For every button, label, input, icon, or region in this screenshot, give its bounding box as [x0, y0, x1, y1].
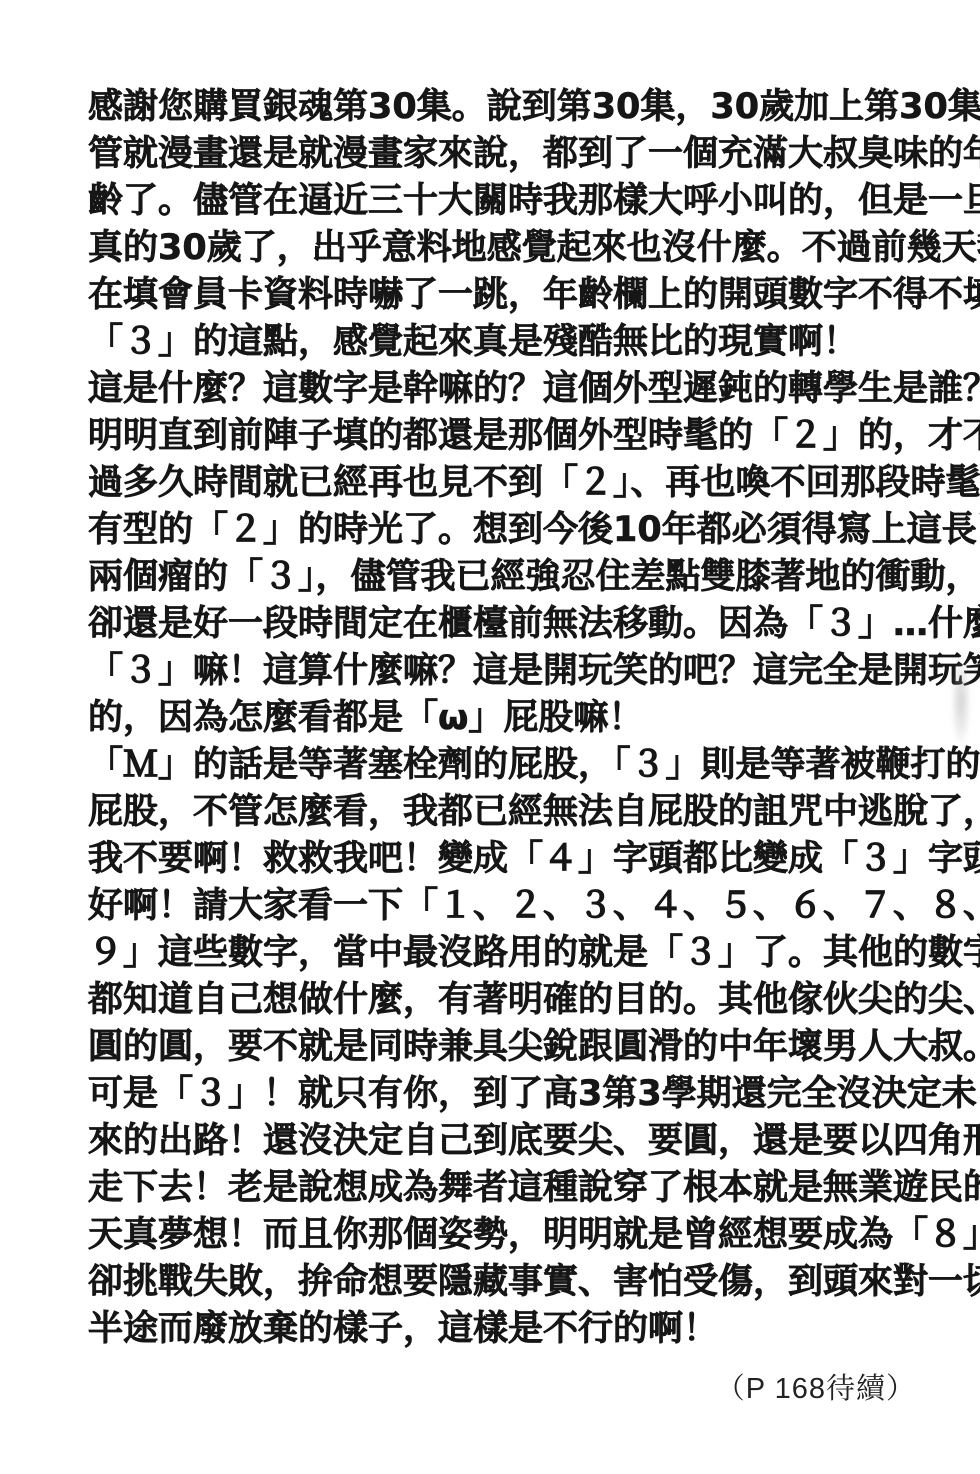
text-line: 明明直到前陣子填的都還是那個外型時髦的「２」的，才不	[88, 413, 948, 460]
text-line: 「Ｍ」的話是等著塞栓劑的屁股，「３」則是等著被鞭打的	[88, 742, 948, 789]
text-line: 兩個瘤的「３」，儘管我已經強忍住差點雙膝著地的衝動，	[88, 554, 948, 601]
text-line: 過多久時間就已經再也見不到「２」、再也喚不回那段時髦	[88, 460, 948, 507]
text-line: 好啊！請大家看一下「１、２、３、４、５、６、７、８、	[88, 883, 948, 930]
text-line: ９」這些數字，當中最沒路用的就是「３」了。其他的數字	[88, 930, 948, 977]
text-line: 在填會員卡資料時嚇了一跳，年齡欄上的開頭數字不得不填	[88, 272, 948, 319]
text-line: 管就漫畫還是就漫畫家來說，都到了一個充滿大叔臭味的年	[88, 131, 948, 178]
page-continuation-note: （P 168待續）	[716, 1366, 916, 1407]
text-line: 可是「３」！就只有你，到了高3第3學期還完全沒決定未	[88, 1071, 948, 1118]
text-line: 走下去！老是說想成為舞者這種說穿了根本就是無業遊民的	[88, 1165, 948, 1212]
text-line: 圓的圓，要不就是同時兼具尖銳跟圓滑的中年壞男人大叔。	[88, 1024, 948, 1071]
text-line: 這是什麼？這數字是幹嘛的？這個外型遲鈍的轉學生是誰？	[88, 366, 948, 413]
text-line: 來的出路！還沒決定自己到底要尖、要圓，還是要以四角形	[88, 1118, 948, 1165]
text-line: 感謝您購買銀魂第30集。說到第30集，30歲加上第30集，不	[88, 84, 948, 131]
text-line: 半途而廢放棄的樣子，這樣是不行的啊！	[88, 1306, 948, 1353]
text-line: 「３」嘛！這算什麼嘛？這是開玩笑的吧？這完全是開玩笑	[88, 648, 948, 695]
text-line: 「３」的這點，感覺起來真是殘酷無比的現實啊！	[88, 319, 948, 366]
text-line: 的，因為怎麼看都是「ω」屁股嘛！	[88, 695, 948, 742]
text-line: 卻挑戰失敗，拚命想要隱藏事實、害怕受傷，到頭來對一切	[88, 1259, 948, 1306]
text-line: 天真夢想！而且你那個姿勢，明明就是曾經想要成為「８」	[88, 1212, 948, 1259]
text-line: 真的30歲了，出乎意料地感覺起來也沒什麼。不過前幾天我	[88, 225, 948, 272]
text-line: 屁股，不管怎麼看，我都已經無法自屁股的詛咒中逃脫了，	[88, 789, 948, 836]
afterword-text-block: 感謝您購買銀魂第30集。說到第30集，30歲加上第30集，不管就漫畫還是就漫畫家…	[88, 84, 948, 1353]
text-line: 都知道自己想做什麼，有著明確的目的。其他傢伙尖的尖、	[88, 977, 948, 1024]
text-line: 齡了。儘管在逼近三十大關時我那樣大呼小叫的，但是一旦	[88, 178, 948, 225]
text-line: 有型的「２」的時光了。想到今後10年都必須得寫上這長了	[88, 507, 948, 554]
text-line: 卻還是好一段時間定在櫃檯前無法移動。因為「３」…什麼	[88, 601, 948, 648]
text-line: 我不要啊！救救我吧！變成「４」字頭都比變成「３」字頭	[88, 836, 948, 883]
manga-afterword-page: 感謝您購買銀魂第30集。說到第30集，30歲加上第30集，不管就漫畫還是就漫畫家…	[0, 0, 980, 1474]
